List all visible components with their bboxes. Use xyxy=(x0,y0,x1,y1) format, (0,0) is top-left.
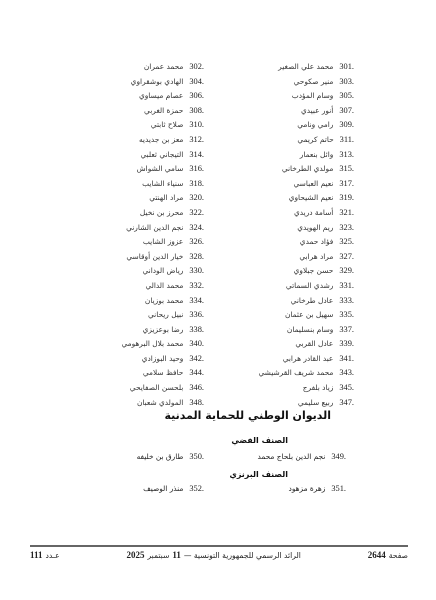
entry-number: 314. xyxy=(189,148,204,163)
list-item: 324.نجم الدين الشارني xyxy=(54,221,204,236)
subsection-bronze-label: الصنف البرنزي xyxy=(229,470,288,479)
entry-name: رضا بوعزيزي xyxy=(143,323,184,338)
entry-number: 335. xyxy=(339,308,354,323)
list-item: 350. طارق بن خليفه xyxy=(137,452,204,461)
entry-name: وسام المؤدب xyxy=(292,89,334,104)
entry-number: 347. xyxy=(339,396,354,411)
entry-number: 309. xyxy=(339,118,354,133)
entry-name: مراد هرابي xyxy=(299,250,333,265)
entry-name: حسن جبلاوي xyxy=(294,264,334,279)
list-item: 313.وائل بنعمار xyxy=(204,148,354,163)
entry-number: 350. xyxy=(189,452,204,461)
list-item: 346.بلحسن الصفايحي xyxy=(54,381,204,396)
entry-name: محمد علي الصغير xyxy=(278,60,333,75)
list-item: 317.نعيم العباسي xyxy=(204,177,354,192)
list-item: 340.محمد بلال البرهومي xyxy=(54,337,204,352)
list-item: 311.حاتم كريمي xyxy=(204,133,354,148)
list-item: 328.خيار الدين أوقاسي xyxy=(54,250,204,265)
entry-name: أنور عبيدي xyxy=(301,104,333,119)
entry-number: 339. xyxy=(339,337,354,352)
list-item: 343.محمد شريف القرشيشي xyxy=(204,366,354,381)
list-item: 333.عادل طرخاني xyxy=(204,294,354,309)
entry-number: 311. xyxy=(340,133,354,148)
entry-name: سامي الشواش xyxy=(137,162,184,177)
entry-number: 346. xyxy=(189,381,204,396)
list-item: 338.رضا بوعزيزي xyxy=(54,323,204,338)
entry-name: عادل القربي xyxy=(295,337,333,352)
entry-name: عادل طرخاني xyxy=(291,294,334,309)
entry-name: مولدي الطرخاني xyxy=(282,162,334,177)
entry-name: نبيل ريحاني xyxy=(148,308,183,323)
issue-number: 111 xyxy=(30,550,43,560)
entry-name: سنياء الشايب xyxy=(142,177,183,192)
list-item: 337.وسام بنسليمان xyxy=(204,323,354,338)
entry-number: 317. xyxy=(339,177,354,192)
list-item: 305.وسام المؤدب xyxy=(204,89,354,104)
entry-number: 302. xyxy=(189,60,204,75)
entry-name: زياد بلفرج xyxy=(303,381,334,396)
entry-number: 345. xyxy=(339,381,354,396)
name-list-left-column: 302.محمد عمران304.الهادي بوشقراوي306.عصا… xyxy=(54,60,204,410)
list-item: 303.منير صكوحي xyxy=(204,75,354,90)
entry-name: محمد شريف القرشيشي xyxy=(258,366,333,381)
list-item: 345.زياد بلفرج xyxy=(204,381,354,396)
list-item: 306.عصام ميساوي xyxy=(54,89,204,104)
entry-number: 326. xyxy=(189,235,204,250)
list-item: 326.عزوز الشايب xyxy=(54,235,204,250)
entry-number: 323. xyxy=(339,221,354,236)
page-footer: صفحة 2644 الرائد الرسمي للجمهورية التونس… xyxy=(30,548,408,562)
entry-number: 329. xyxy=(339,264,354,279)
entry-number: 316. xyxy=(189,162,204,177)
entry-number: 351. xyxy=(331,484,346,493)
entry-number: 331. xyxy=(339,279,354,294)
entry-number: 325. xyxy=(339,235,354,250)
list-item: 310.صلاح ثابتي xyxy=(54,118,204,133)
list-item: 330.رياض الوداني xyxy=(54,264,204,279)
entry-number: 313. xyxy=(339,148,354,163)
entry-name: فؤاد حمدي xyxy=(300,235,334,250)
entry-number: 340. xyxy=(189,337,204,352)
entry-number: 304. xyxy=(189,75,204,90)
entry-name: نجم الدين الشارني xyxy=(126,221,183,236)
list-item: 352. منذر الوصيف xyxy=(143,484,204,493)
list-item: 344.حافظ سلامي xyxy=(54,366,204,381)
entry-name: حافظ سلامي xyxy=(143,366,183,381)
entry-number: 320. xyxy=(189,191,204,206)
date-month: سبتمبر xyxy=(147,551,169,560)
list-item: 309.رامي ونامي xyxy=(204,118,354,133)
entry-number: 319. xyxy=(339,191,354,206)
date-day: 11 xyxy=(172,550,181,560)
entry-name: صلاح ثابتي xyxy=(151,118,184,133)
entry-name: وائل بنعمار xyxy=(300,148,334,163)
entry-number: 321. xyxy=(339,206,354,221)
entry-name: عزوز الشايب xyxy=(143,235,183,250)
list-item: 339.عادل القربي xyxy=(204,337,354,352)
list-item: 351. زهرة مزهود xyxy=(289,484,346,493)
list-item: 320.مراد الهنتي xyxy=(54,191,204,206)
list-item: 323.ريم الهويدي xyxy=(204,221,354,236)
entry-number: 337. xyxy=(339,323,354,338)
entry-name: بلحسن الصفايحي xyxy=(130,381,184,396)
list-item: 331.رشدي السماتي xyxy=(204,279,354,294)
journal-title: الرائد الرسمي للجمهورية التونسية — xyxy=(184,551,301,560)
entry-number: 303. xyxy=(339,75,354,90)
list-item: 342.وحيد البوزادي xyxy=(54,352,204,367)
entry-name: سهيل بن عثمان xyxy=(285,308,333,323)
entry-number: 341. xyxy=(339,352,354,367)
date-year: 2025 xyxy=(126,550,144,560)
list-item: 329.حسن جبلاوي xyxy=(204,264,354,279)
entry-name: وحيد البوزادي xyxy=(142,352,184,367)
entry-number: 310. xyxy=(189,118,204,133)
entry-name: رامي ونامي xyxy=(297,118,333,133)
list-item: 315.مولدي الطرخاني xyxy=(204,162,354,177)
entry-name: الهادي بوشقراوي xyxy=(131,75,184,90)
entry-name: نجم الدين بلحاج محمد xyxy=(258,452,326,461)
entry-name: التيجاني ثعلبي xyxy=(141,148,184,163)
entry-number: 318. xyxy=(189,177,204,192)
entry-name: طارق بن خليفه xyxy=(137,452,184,461)
list-item: 304.الهادي بوشقراوي xyxy=(54,75,204,90)
page-label: صفحة xyxy=(389,551,408,560)
entry-name: معز بن جديديه xyxy=(139,133,183,148)
list-item: 307.أنور عبيدي xyxy=(204,104,354,119)
name-list-right-column: 301.محمد علي الصغير303.منير صكوحي305.وسا… xyxy=(204,60,354,410)
list-item: 319.نعيم الشيحاوي xyxy=(204,191,354,206)
entry-name: محمد عمران xyxy=(144,60,183,75)
entry-number: 342. xyxy=(189,352,204,367)
issue-number-block: عـدد 111 xyxy=(30,550,60,560)
section-title: الديوان الوطني للحماية المدنية xyxy=(165,409,331,422)
list-item: 335.سهيل بن عثمان xyxy=(204,308,354,323)
entry-name: عبد القادر هرابي xyxy=(283,352,334,367)
entry-name: وسام بنسليمان xyxy=(287,323,333,338)
entry-number: 333. xyxy=(339,294,354,309)
entry-name: حمزة الغربي xyxy=(144,104,183,119)
list-item: 316.سامي الشواش xyxy=(54,162,204,177)
journal-title-block: الرائد الرسمي للجمهورية التونسية — 11 سب… xyxy=(126,550,300,560)
entry-number: 305. xyxy=(339,89,354,104)
entry-name: خيار الدين أوقاسي xyxy=(126,250,183,265)
list-item: 314.التيجاني ثعلبي xyxy=(54,148,204,163)
entry-name: عصام ميساوي xyxy=(139,89,183,104)
list-item: 318.سنياء الشايب xyxy=(54,177,204,192)
list-item: 321.أسامة دريدي xyxy=(204,206,354,221)
list-item: 308.حمزة الغربي xyxy=(54,104,204,119)
entry-number: 312. xyxy=(189,133,204,148)
entry-name: نعيم العباسي xyxy=(294,177,334,192)
entry-name: منذر الوصيف xyxy=(143,484,183,493)
entry-name: رياض الوداني xyxy=(142,264,183,279)
entry-name: أسامة دريدي xyxy=(294,206,333,221)
entry-number: 332. xyxy=(189,279,204,294)
entry-number: 327. xyxy=(339,250,354,265)
entry-number: 324. xyxy=(189,221,204,236)
list-item: 325.فؤاد حمدي xyxy=(204,235,354,250)
entry-name: منير صكوحي xyxy=(294,75,334,90)
entry-name: مراد الهنتي xyxy=(149,191,183,206)
entry-name: محمد بلال البرهومي xyxy=(121,337,183,352)
entry-number: 330. xyxy=(189,264,204,279)
entry-name: ريم الهويدي xyxy=(297,221,333,236)
page-number-block: صفحة 2644 xyxy=(368,550,408,560)
list-item: 349. نجم الدين بلحاج محمد xyxy=(258,452,347,461)
entry-name: زهرة مزهود xyxy=(289,484,326,493)
entry-number: 349. xyxy=(331,452,346,461)
entry-number: 315. xyxy=(339,162,354,177)
issue-label: عـدد xyxy=(46,551,60,560)
entry-name: رشدي السماتي xyxy=(286,279,333,294)
subsection-silver-label: الصنف الفضي xyxy=(231,436,288,445)
document-page: 301.محمد علي الصغير303.منير صكوحي305.وسا… xyxy=(0,0,436,600)
entry-number: 328. xyxy=(189,250,204,265)
entry-number: 308. xyxy=(189,104,204,119)
entry-name: نعيم الشيحاوي xyxy=(289,191,334,206)
entry-number: 338. xyxy=(189,323,204,338)
list-item: 336.نبيل ريحاني xyxy=(54,308,204,323)
entry-number: 352. xyxy=(189,484,204,493)
list-item: 332.محمد الدالي xyxy=(54,279,204,294)
entry-number: 306. xyxy=(189,89,204,104)
entry-number: 344. xyxy=(189,366,204,381)
entry-name: محرز بن نخيل xyxy=(140,206,183,221)
entry-name: حاتم كريمي xyxy=(297,133,333,148)
entry-number: 343. xyxy=(339,366,354,381)
list-item: 334.محمد بوزيان xyxy=(54,294,204,309)
list-item: 301.محمد علي الصغير xyxy=(204,60,354,75)
list-item: 302.محمد عمران xyxy=(54,60,204,75)
list-item: 322.محرز بن نخيل xyxy=(54,206,204,221)
entry-name: محمد الدالي xyxy=(145,279,183,294)
list-item: 327.مراد هرابي xyxy=(204,250,354,265)
entry-number: 307. xyxy=(339,104,354,119)
footer-divider xyxy=(30,545,408,547)
entry-number: 322. xyxy=(189,206,204,221)
entry-name: محمد بوزيان xyxy=(145,294,183,309)
list-item: 341.عبد القادر هرابي xyxy=(204,352,354,367)
page-number: 2644 xyxy=(368,550,386,560)
list-item: 312.معز بن جديديه xyxy=(54,133,204,148)
entry-number: 301. xyxy=(339,60,354,75)
entry-number: 336. xyxy=(189,308,204,323)
entry-number: 334. xyxy=(189,294,204,309)
